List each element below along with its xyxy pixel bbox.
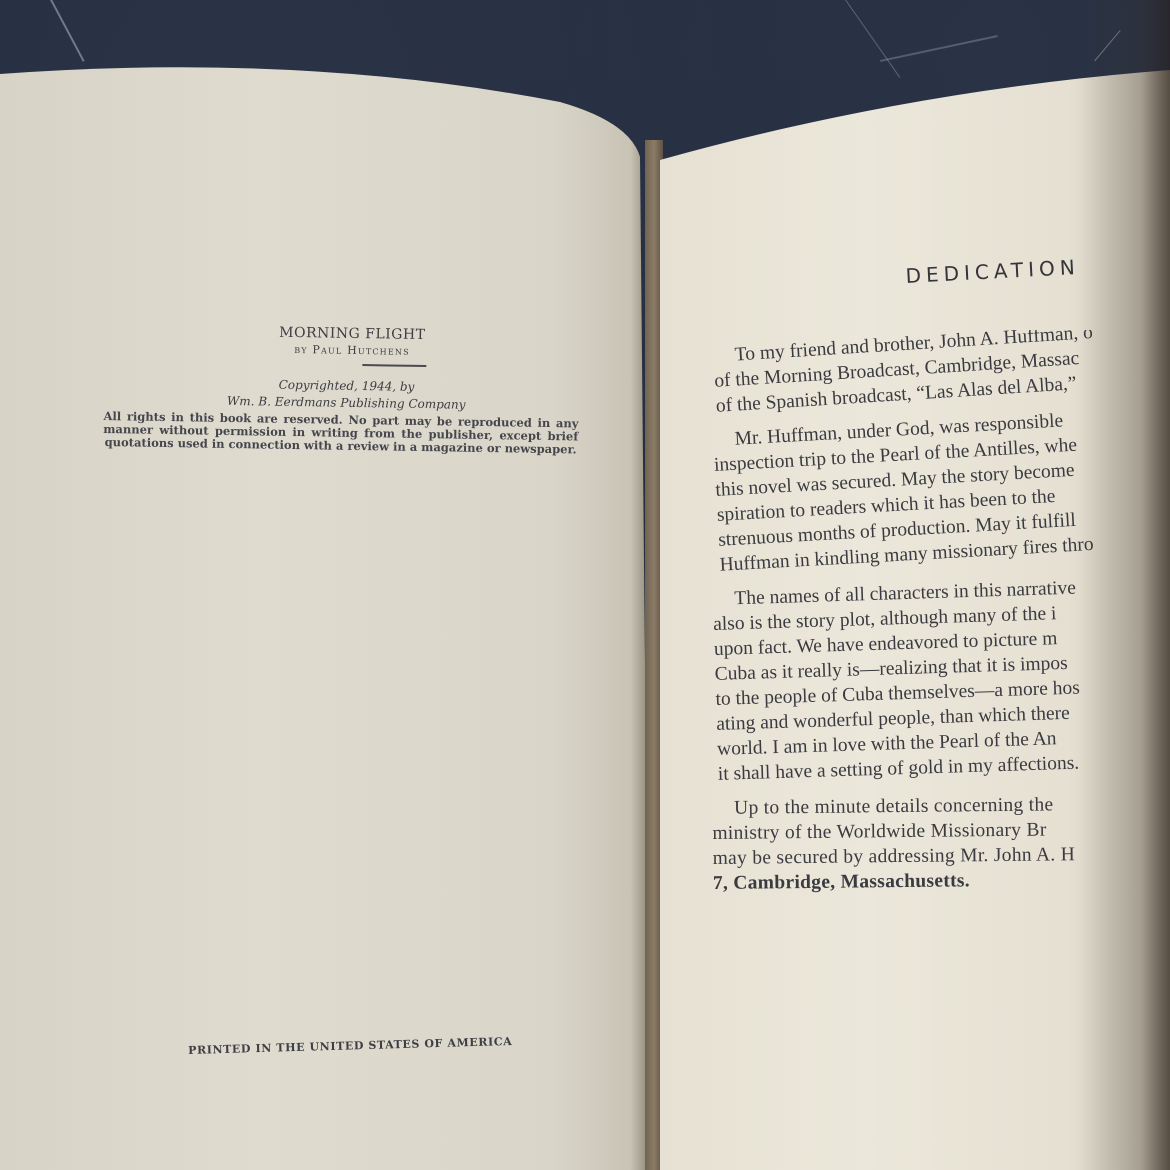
dedication-paragraph: Up to the minute details concerning the …	[712, 791, 1170, 896]
dedication-body: To my friend and brother, John A. Huffma…	[712, 330, 1170, 905]
surface-scratch	[845, 0, 900, 78]
surface-scratch	[50, 0, 85, 62]
left-page	[0, 62, 650, 1170]
surface-scratch	[1094, 30, 1120, 61]
dedication-paragraph: The names of all characters in this narr…	[712, 571, 1170, 787]
rights-notice: All rights in this book are reserved. No…	[103, 410, 579, 456]
dedication-paragraph: Mr. Huffman, under God, was responsible …	[712, 399, 1170, 578]
copyright-block: MORNING FLIGHT by Paul Hutchens Copyrigh…	[103, 322, 580, 456]
title-rule	[362, 364, 426, 367]
text-line-address: 7, Cambridge, Massachusetts.	[713, 866, 1170, 896]
surface-scratch	[880, 35, 998, 62]
